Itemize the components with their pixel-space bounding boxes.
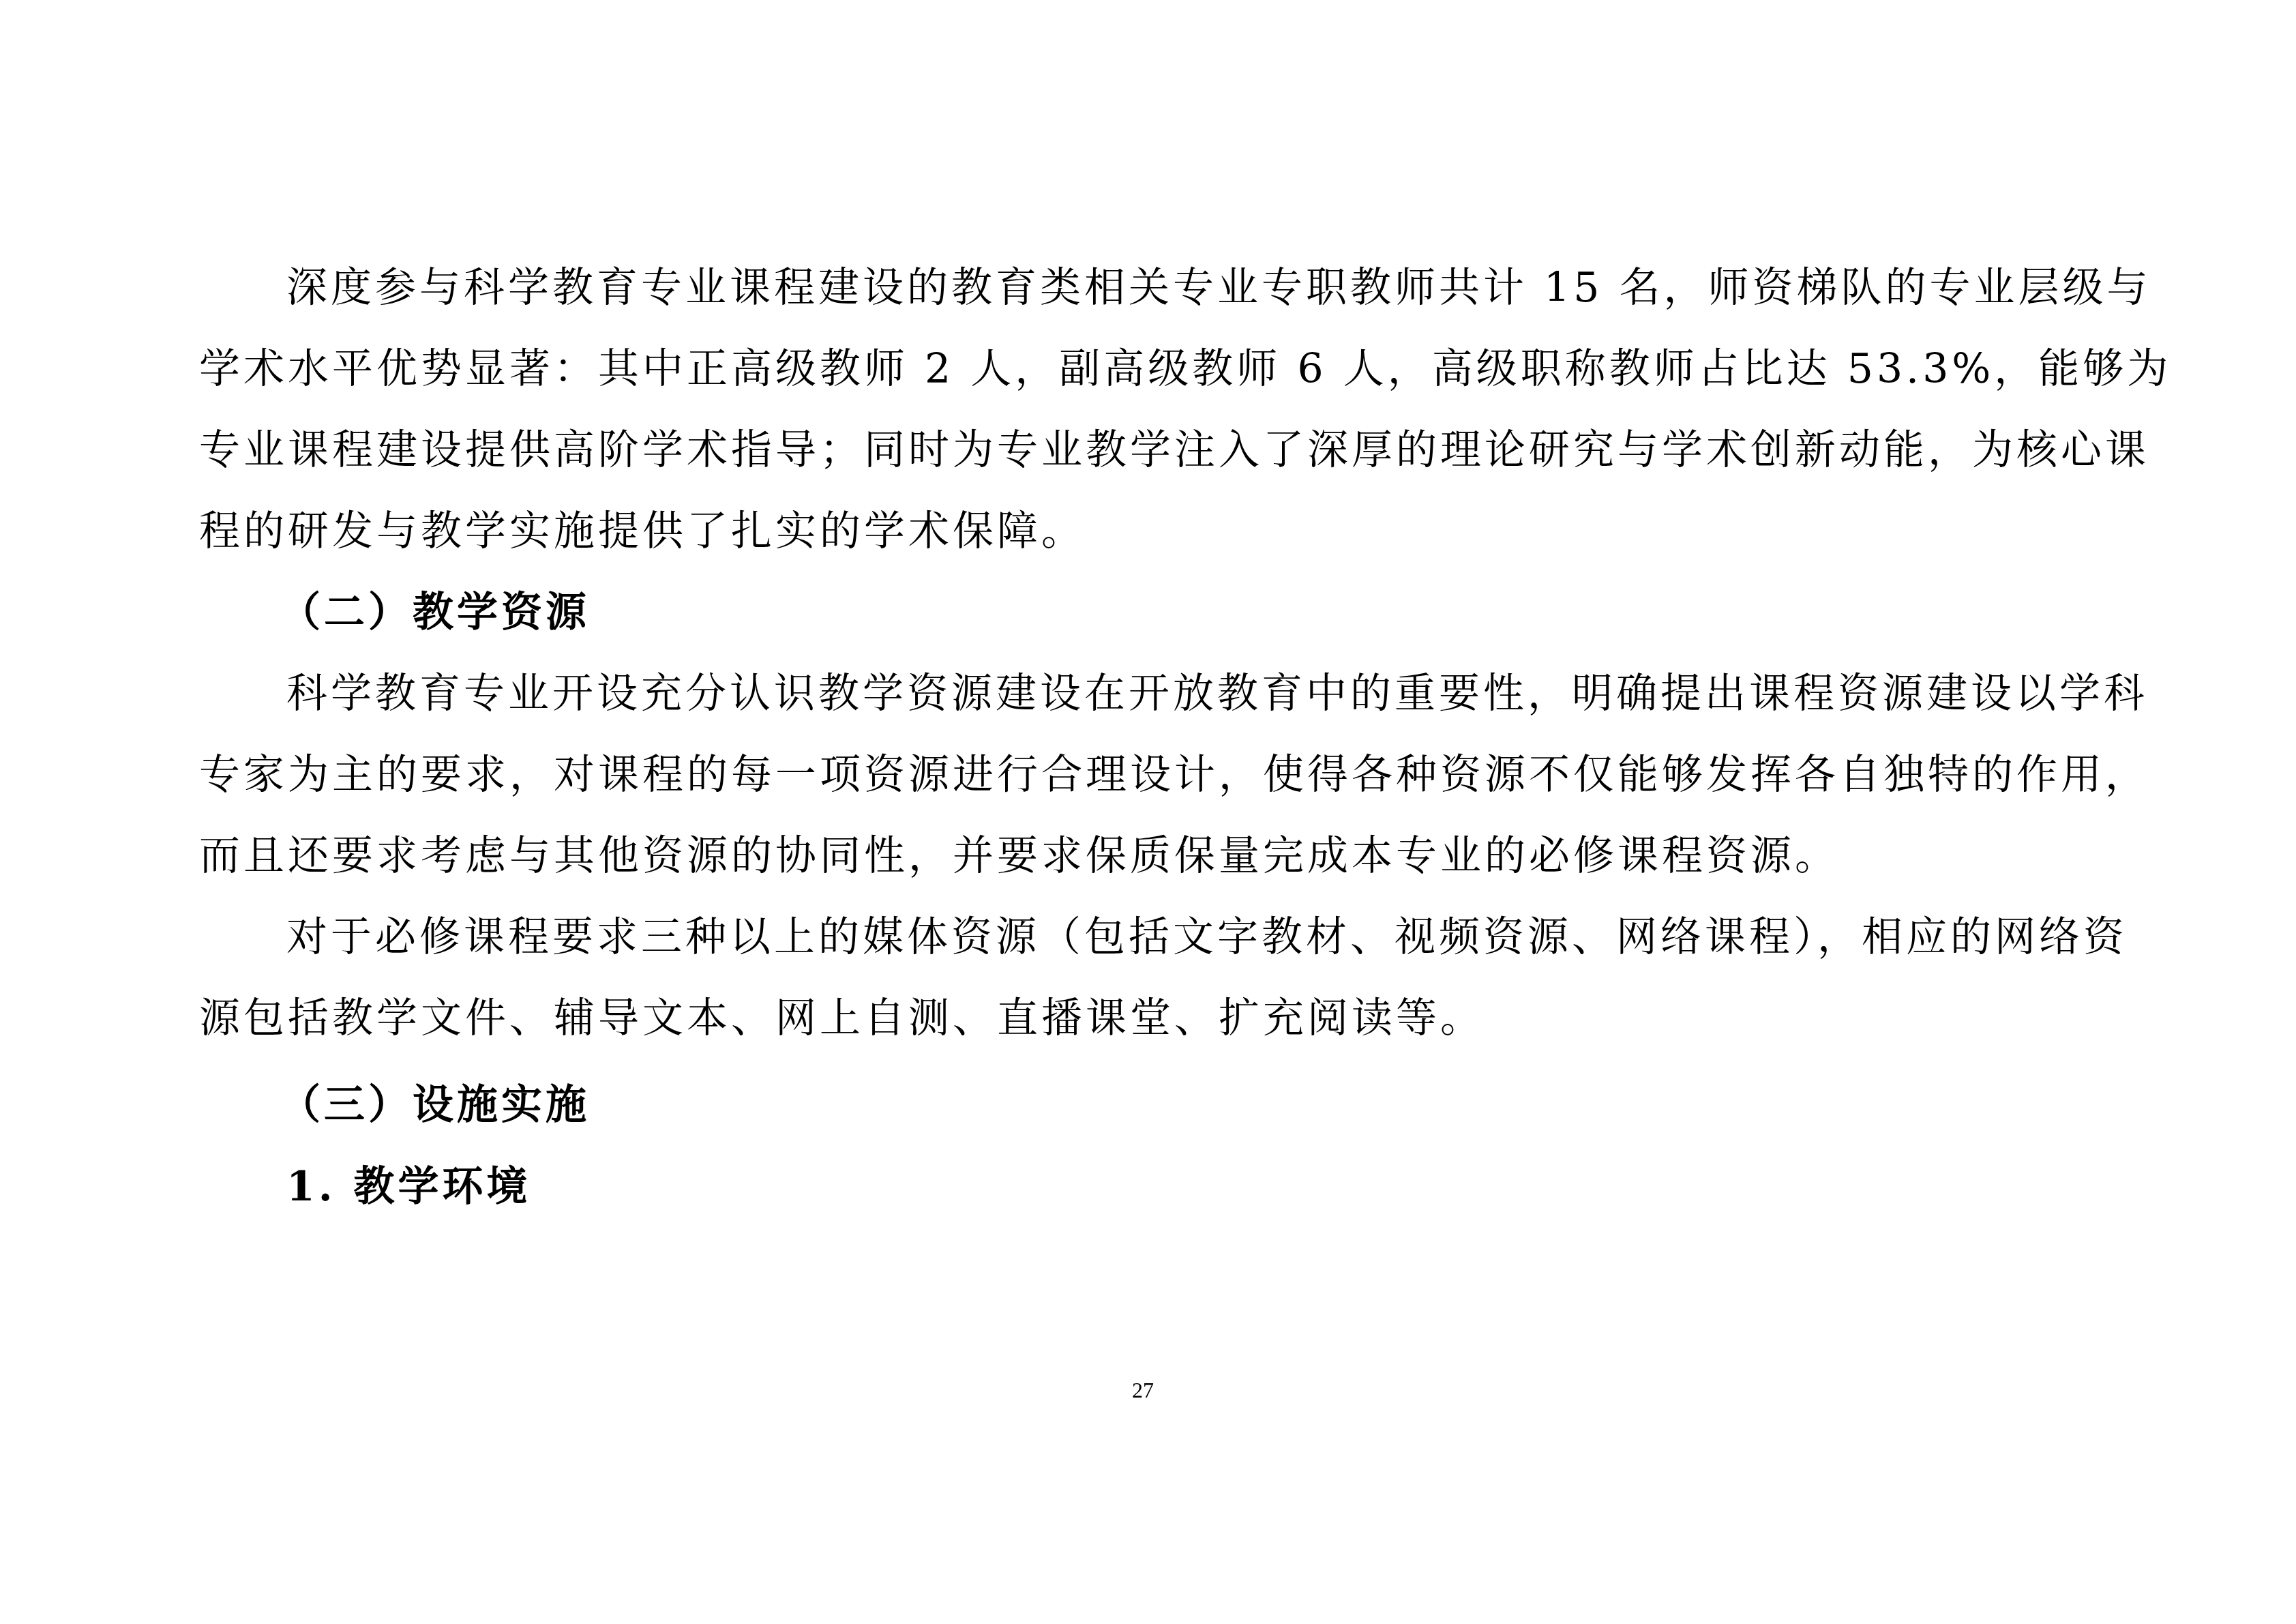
paragraph-1-line-2: 学术水平优势显著：其中正高级教师 2 人，副高级教师 6 人，高级职称教师占比达… — [199, 342, 2113, 396]
paragraph-3-line-2: 源包括教学文件、辅导文本、网上自测、直播课堂、扩充阅读等。 — [199, 991, 1485, 1046]
paragraph-1-line-1: 深度参与科学教育专业课程建设的教育类相关专业专职教师共计 15 名，师资梯队的专… — [286, 261, 2113, 315]
paragraph-2-line-3: 而且还要求考虑与其他资源的协同性，并要求保质保量完成本专业的必修课程资源。 — [199, 829, 1839, 883]
document-page: 深度参与科学教育专业课程建设的教育类相关专业专职教师共计 15 名，师资梯队的专… — [0, 0, 2296, 1624]
paragraph-1-line-3: 专业课程建设提供高阶学术指导；同时为专业教学注入了深厚的理论研究与学术创新动能，… — [199, 423, 2113, 477]
page-number: 27 — [1132, 1378, 1154, 1403]
subsection-heading-teaching-environment: 1. 教学环境 — [286, 1160, 531, 1214]
section-heading-facilities: （三）设施实施 — [280, 1078, 590, 1132]
paragraph-2-line-2: 专家为主的要求，对课程的每一项资源进行合理设计，使得各种资源不仅能够发挥各自独特… — [199, 748, 2113, 802]
paragraph-3-line-1: 对于必修课程要求三种以上的媒体资源（包括文字教材、视频资源、网络课程），相应的网… — [286, 910, 2113, 964]
paragraph-1-line-4: 程的研发与教学实施提供了扎实的学术保障。 — [199, 504, 1086, 559]
paragraph-2-line-1: 科学教育专业开设充分认识教学资源建设在开放教育中的重要性，明确提出课程资源建设以… — [286, 666, 2113, 721]
section-heading-teaching-resources: （二）教学资源 — [280, 585, 590, 640]
